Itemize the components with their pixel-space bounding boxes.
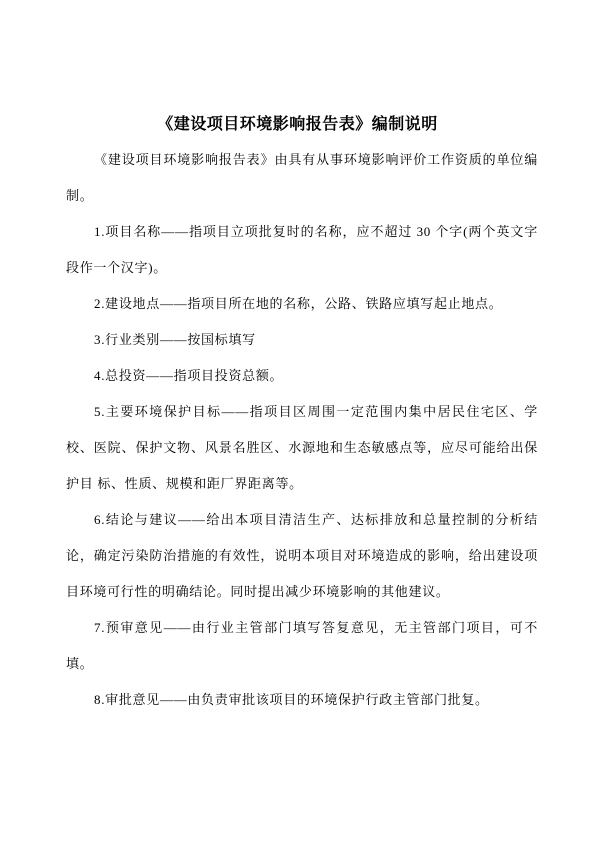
paragraph-8-approval: 8.审批意见——由负责审批该项目的环境保护行政主管部门批复。 bbox=[66, 682, 538, 718]
paragraph-7-preliminary-review: 7.预审意见——由行业主管部门填写答复意见，无主管部门项目，可不填。 bbox=[66, 610, 538, 682]
paragraph-2-location: 2.建设地点——指项目所在地的名称，公路、铁路应填写起止地点。 bbox=[66, 286, 538, 322]
paragraph-4-investment: 4.总投资——指项目投资总额。 bbox=[66, 358, 538, 394]
document-page: 《建设项目环境影响报告表》编制说明 《建设项目环境影响报告表》由具有从事环境影响… bbox=[0, 0, 595, 842]
paragraph-intro: 《建设项目环境影响报告表》由具有从事环境影响评价工作资质的单位编制。 bbox=[66, 142, 538, 214]
document-body: 《建设项目环境影响报告表》由具有从事环境影响评价工作资质的单位编制。 1.项目名… bbox=[66, 142, 538, 718]
paragraph-6-conclusions: 6.结论与建议——给出本项目清洁生产、达标排放和总量控制的分析结论，确定污染防治… bbox=[66, 502, 538, 610]
paragraph-5-protection-targets: 5.主要环境保护目标——指项目区周围一定范围内集中居民住宅区、学校、医院、保护文… bbox=[66, 394, 538, 502]
paragraph-1-project-name: 1.项目名称——指项目立项批复时的名称，应不超过 30 个字(两个英文字段作一个… bbox=[66, 214, 538, 286]
document-title: 《建设项目环境影响报告表》编制说明 bbox=[0, 114, 595, 136]
paragraph-3-industry: 3.行业类别——按国标填写 bbox=[66, 322, 538, 358]
